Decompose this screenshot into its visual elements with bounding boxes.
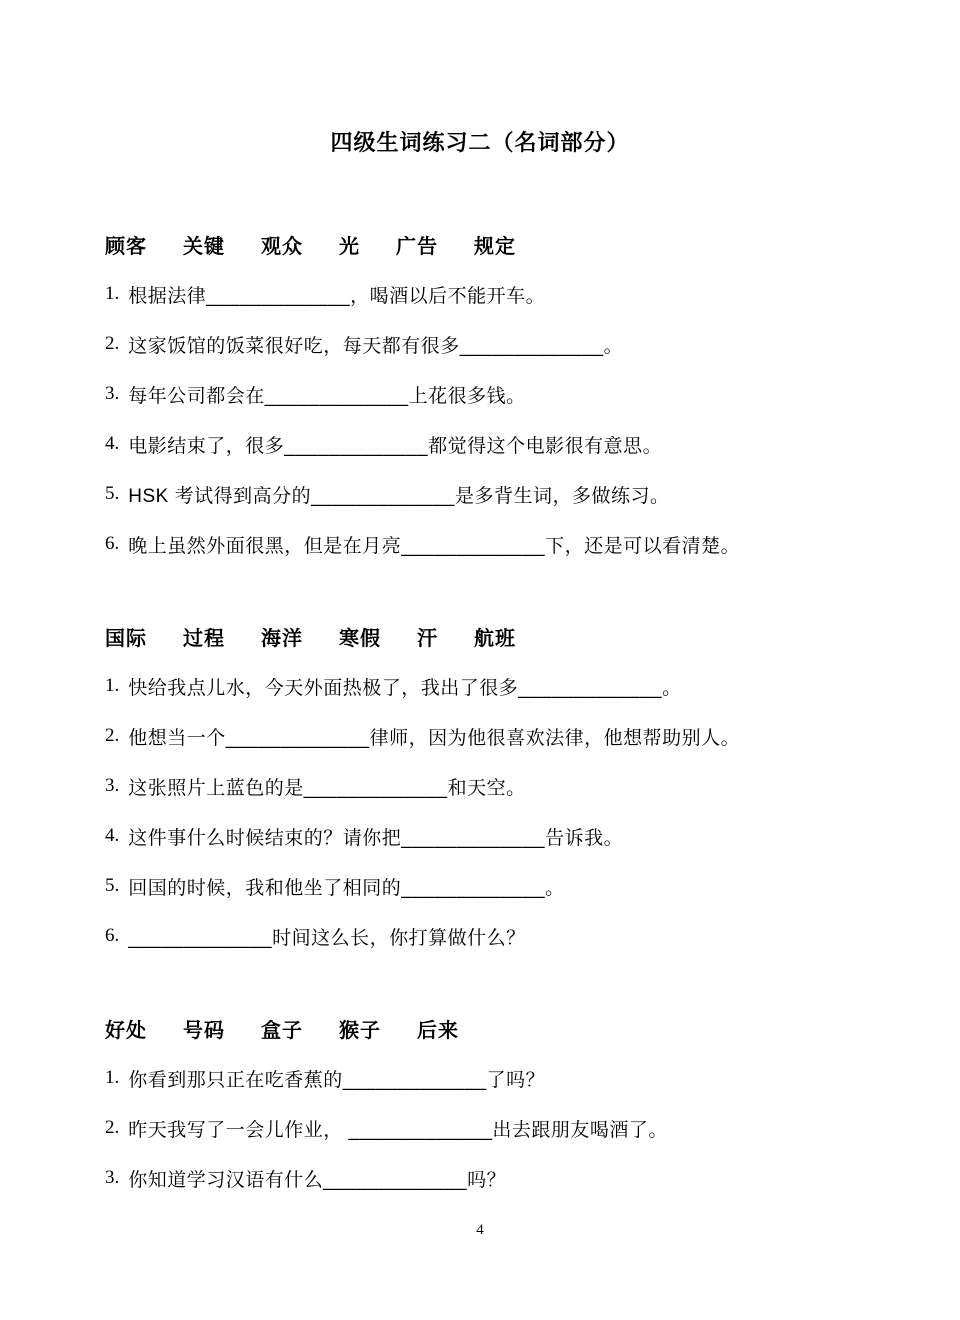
question-text: HSK 考试得到高分的_____________是多背生词，多做练习。: [128, 481, 669, 508]
vocab-section-1: 顾客关键观众光广告规定1.根据法律_____________，喝酒以后不能开车。…: [105, 219, 900, 569]
word-bank-item: 海洋: [261, 622, 303, 651]
question-number: 3.: [105, 383, 119, 405]
question-text: _____________时间这么长，你打算做什么？: [128, 923, 525, 950]
question-text: 这家饭馆的饭菜很好吃，每天都有很多_____________。: [128, 331, 623, 358]
question-row: 3.你知道学习汉语有什么_____________吗？: [105, 1153, 900, 1203]
word-bank-item: 盒子: [261, 1014, 303, 1043]
word-bank-item: 广告: [396, 230, 438, 259]
word-bank-item: 汗: [417, 622, 438, 651]
page-title: 四级生词练习二（名词部分）: [0, 0, 960, 157]
question-number: 5.: [105, 483, 119, 505]
question-text: 晚上虽然外面很黑，但是在月亮_____________下，还是可以看清楚。: [128, 531, 740, 558]
question-row: 5.回国的时候，我和他坐了相同的_____________。: [105, 861, 900, 911]
question-number: 4.: [105, 825, 119, 847]
question-text: 快给我点儿水，今天外面热极了，我出了很多_____________。: [128, 673, 681, 700]
question-text: 昨天我写了一会儿作业， _____________出去跟朋友喝酒了。: [128, 1115, 668, 1142]
word-bank-item: 过程: [183, 622, 225, 651]
question-row: 6._____________时间这么长，你打算做什么？: [105, 911, 900, 961]
question-number: 2.: [105, 333, 119, 355]
question-row: 1.你看到那只正在吃香蕉的_____________了吗？: [105, 1053, 900, 1103]
word-bank: 好处号码盒子猴子后来: [105, 1003, 900, 1053]
question-text: 回国的时候，我和他坐了相同的_____________。: [128, 873, 564, 900]
word-bank-item: 号码: [183, 1014, 225, 1043]
question-text: 根据法律_____________，喝酒以后不能开车。: [128, 281, 545, 308]
question-row: 3.每年公司都会在_____________上花很多钱。: [105, 369, 900, 419]
word-bank-item: 顾客: [105, 230, 147, 259]
question-row: 6.晚上虽然外面很黑，但是在月亮_____________下，还是可以看清楚。: [105, 519, 900, 569]
word-bank-item: 好处: [105, 1014, 147, 1043]
question-number: 5.: [105, 875, 119, 897]
word-bank-item: 猴子: [339, 1014, 381, 1043]
question-text: 每年公司都会在_____________上花很多钱。: [128, 381, 525, 408]
question-row: 4.电影结束了，很多_____________都觉得这个电影很有意思。: [105, 419, 900, 469]
word-bank-item: 寒假: [339, 622, 381, 651]
vocab-section-3: 好处号码盒子猴子后来1.你看到那只正在吃香蕉的_____________了吗？2…: [105, 1003, 900, 1203]
question-row: 4.这件事什么时候结束的？请你把_____________告诉我。: [105, 811, 900, 861]
word-bank-item: 航班: [474, 622, 516, 651]
question-number: 1.: [105, 675, 119, 697]
question-text: 电影结束了，很多_____________都觉得这个电影很有意思。: [128, 431, 662, 458]
word-bank-item: 光: [339, 230, 360, 259]
question-row: 2.他想当一个_____________律师，因为他很喜欢法律，他想帮助别人。: [105, 711, 900, 761]
question-number: 2.: [105, 1117, 119, 1139]
question-number: 1.: [105, 1067, 119, 1089]
question-text: 他想当一个_____________律师，因为他很喜欢法律，他想帮助别人。: [128, 723, 740, 750]
question-row: 1.快给我点儿水，今天外面热极了，我出了很多_____________。: [105, 661, 900, 711]
page-number: 4: [0, 1222, 960, 1239]
question-number: 2.: [105, 725, 119, 747]
question-number: 1.: [105, 283, 119, 305]
word-bank-item: 观众: [261, 230, 303, 259]
word-bank: 顾客关键观众光广告规定: [105, 219, 900, 269]
question-row: 3.这张照片上蓝色的是_____________和天空。: [105, 761, 900, 811]
question-text: 你知道学习汉语有什么_____________吗？: [128, 1165, 506, 1192]
vocab-section-2: 国际过程海洋寒假汗航班1.快给我点儿水，今天外面热极了，我出了很多_______…: [105, 611, 900, 961]
question-text: 这件事什么时候结束的？请你把_____________告诉我。: [128, 823, 623, 850]
word-bank-item: 国际: [105, 622, 147, 651]
word-bank: 国际过程海洋寒假汗航班: [105, 611, 900, 661]
question-row: 2.这家饭馆的饭菜很好吃，每天都有很多_____________。: [105, 319, 900, 369]
question-row: 1.根据法律_____________，喝酒以后不能开车。: [105, 269, 900, 319]
question-number: 4.: [105, 433, 119, 455]
word-bank-item: 规定: [474, 230, 516, 259]
question-text: 你看到那只正在吃香蕉的_____________了吗？: [128, 1065, 545, 1092]
question-row: 2.昨天我写了一会儿作业， _____________出去跟朋友喝酒了。: [105, 1103, 900, 1153]
question-text: 这张照片上蓝色的是_____________和天空。: [128, 773, 525, 800]
question-number: 6.: [105, 533, 119, 555]
question-number: 6.: [105, 925, 119, 947]
question-number: 3.: [105, 1167, 119, 1189]
question-row: 5.HSK 考试得到高分的_____________是多背生词，多做练习。: [105, 469, 900, 519]
sections-container: 顾客关键观众光广告规定1.根据法律_____________，喝酒以后不能开车。…: [0, 219, 960, 1203]
word-bank-item: 关键: [183, 230, 225, 259]
word-bank-item: 后来: [417, 1014, 459, 1043]
worksheet-page: 四级生词练习二（名词部分） 顾客关键观众光广告规定1.根据法律_________…: [0, 0, 960, 1320]
question-number: 3.: [105, 775, 119, 797]
